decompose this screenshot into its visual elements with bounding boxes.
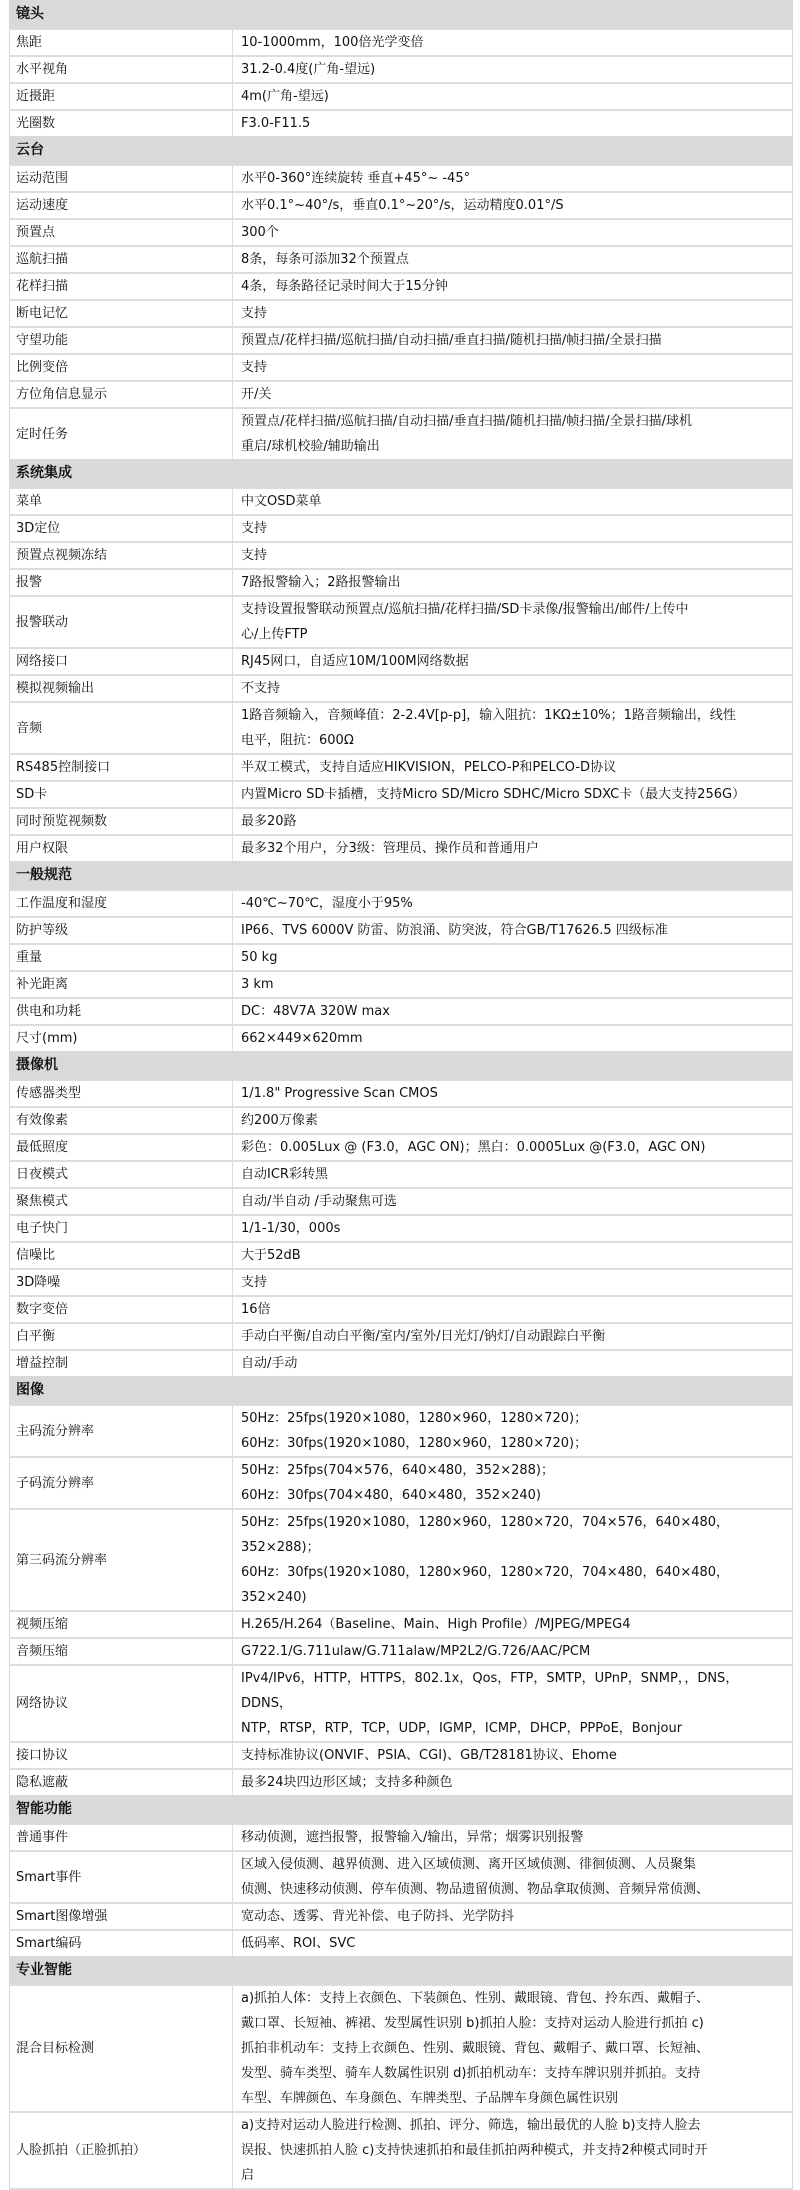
spec-label: 白平衡: [10, 1323, 233, 1350]
table-row: 3D定位 支持: [10, 515, 793, 542]
spec-label: 定时任务: [10, 408, 233, 459]
spec-value: 宽动态、透雾、背光补偿、电子防抖、光学防抖: [233, 1903, 793, 1930]
spec-value: 31.2-0.4度(广角-望远): [233, 56, 793, 83]
spec-value-line: 最多32个用户，分3级：管理员、操作员和普通用户: [241, 836, 788, 861]
spec-label: 比例变倍: [10, 354, 233, 381]
spec-value: 移动侦测，遮挡报警，报警输入/输出，异常；烟雾识别报警: [233, 1824, 793, 1851]
spec-label: 运动范围: [10, 165, 233, 192]
spec-label: 音频: [10, 702, 233, 754]
spec-value: 自动ICR彩转黑: [233, 1161, 793, 1188]
spec-value: 50 kg: [233, 944, 793, 971]
spec-value: 最多24块四边形区域；支持多种颜色: [233, 1769, 793, 1795]
table-row: 电子快门 1/1-1/30，000s: [10, 1215, 793, 1242]
table-row: 网络协议 IPv4/IPv6，HTTP，HTTPS，802.1x，Qos，FTP…: [10, 1665, 793, 1742]
spec-value-line: 水平0-360°连续旋转 垂直+45°~ -45°: [241, 166, 788, 191]
spec-value: 不支持: [233, 675, 793, 702]
table-row: 运动范围 水平0-360°连续旋转 垂直+45°~ -45°: [10, 165, 793, 192]
spec-value: 中文OSD菜单: [233, 488, 793, 515]
table-row: 音频 1路音频输入，音频峰值：2-2.4V[p-p]，输入阻抗：1KΩ±10%；…: [10, 702, 793, 754]
spec-value-line: 支持: [241, 301, 788, 326]
spec-value-line: 区域入侵侦测、越界侦测、进入区域侦测、离开区域侦测、徘徊侦测、人员聚集: [241, 1852, 788, 1877]
spec-label: 焦距: [10, 29, 233, 56]
table-row: 信噪比 大于52dB: [10, 1242, 793, 1269]
spec-value-line: 16倍: [241, 1297, 788, 1322]
spec-label: 预置点: [10, 219, 233, 246]
spec-value: -40℃~70℃，湿度小于95%: [233, 890, 793, 917]
spec-value-line: 60Hz：30fps(1920×1080，1280×960，1280×720，7…: [241, 1560, 788, 1610]
spec-label: 第三码流分辨率: [10, 1509, 233, 1611]
spec-value-line: RJ45网口，自适应10M/100M网络数据: [241, 649, 788, 674]
spec-value-line: 支持: [241, 516, 788, 541]
table-row: 第三码流分辨率 50Hz：25fps(1920×1080，1280×960，12…: [10, 1509, 793, 1611]
spec-value-line: 支持: [241, 543, 788, 568]
spec-value-line: 重启/球机校验/辅助输出: [241, 434, 788, 459]
table-row: 用户权限 最多32个用户，分3级：管理员、操作员和普通用户: [10, 835, 793, 861]
spec-table-body: 镜头 焦距 10-1000mm，100倍光学变倍 水平视角 31.2-0.4度(…: [10, 0, 793, 1981]
table-row: 预置点 300个: [10, 219, 793, 246]
section-header: 镜头: [10, 0, 793, 29]
table-row: 增益控制 自动/手动: [10, 1350, 793, 1376]
spec-value: 50Hz：25fps(1920×1080，1280×960，1280×720，7…: [233, 1509, 793, 1611]
spec-value: 7路报警输入；2路报警输出: [233, 569, 793, 596]
spec-label: 日夜模式: [10, 1161, 233, 1188]
spec-value-line: 1路音频输入，音频峰值：2-2.4V[p-p]，输入阻抗：1KΩ±10%；1路音…: [241, 703, 788, 728]
spec-label: 报警联动: [10, 596, 233, 648]
spec-value-line: 支持标准协议(ONVIF、PSIA、CGI)、GB/T28181协议、Ehome: [241, 1743, 788, 1768]
spec-value: G722.1/G.711ulaw/G.711alaw/MP2L2/G.726/A…: [233, 1638, 793, 1665]
spec-value: 1/1-1/30，000s: [233, 1215, 793, 1242]
spec-value: DC：48V7A 320W max: [233, 998, 793, 1025]
spec-label: 接口协议: [10, 1742, 233, 1769]
spec-value-line: IP66、TVS 6000V 防雷、防浪涌、防突波，符合GB/T17626.5 …: [241, 918, 788, 943]
section-header: 系统集成: [10, 459, 793, 488]
spec-value: 1/1.8" Progressive Scan CMOS: [233, 1080, 793, 1107]
spec-label: 方位角信息显示: [10, 381, 233, 408]
spec-value-line: 支持: [241, 355, 788, 380]
spec-label: 有效像素: [10, 1107, 233, 1134]
spec-label: SD卡: [10, 781, 233, 808]
section-title: 云台: [10, 136, 793, 165]
spec-label: 模拟视频输出: [10, 675, 233, 702]
table-row: 传感器类型 1/1.8" Progressive Scan CMOS: [10, 1080, 793, 1107]
spec-value: 662×449×620mm: [233, 1025, 793, 1051]
spec-value: 支持: [233, 542, 793, 569]
spec-label: 子码流分辨率: [10, 1457, 233, 1509]
table-row: 预置点视频冻结 支持: [10, 542, 793, 569]
spec-label: 增益控制: [10, 1350, 233, 1376]
table-row: 比例变倍 支持: [10, 354, 793, 381]
table-row: 运动速度 水平0.1°~40°/s，垂直0.1°~20°/s，运动精度0.01°…: [10, 192, 793, 219]
table-row: 重量 50 kg: [10, 944, 793, 971]
spec-value-line: 彩色：0.005Lux @ (F3.0，AGC ON)；黑白：0.0005Lux…: [241, 1135, 788, 1160]
table-row: SD卡 内置Micro SD卡插槽，支持Micro SD/Micro SDHC/…: [10, 781, 793, 808]
table-row: Smart事件 区域入侵侦测、越界侦测、进入区域侦测、离开区域侦测、徘徊侦测、人…: [10, 1851, 793, 1903]
table-row: 报警 7路报警输入；2路报警输出: [10, 569, 793, 596]
spec-value: F3.0-F11.5: [233, 110, 793, 136]
table-row: 视频压缩 H.265/H.264（Baseline、Main、High Prof…: [10, 1611, 793, 1638]
spec-label: Smart编码: [10, 1930, 233, 1956]
table-row: 光圈数 F3.0-F11.5: [10, 110, 793, 136]
spec-value: 最多32个用户，分3级：管理员、操作员和普通用户: [233, 835, 793, 861]
spec-label: RS485控制接口: [10, 754, 233, 781]
table-row: 模拟视频输出 不支持: [10, 675, 793, 702]
spec-value: 50Hz：25fps(704×576，640×480，352×288)；60Hz…: [233, 1457, 793, 1509]
spec-value-line: 宽动态、透雾、背光补偿、电子防抖、光学防抖: [241, 1904, 788, 1929]
spec-label: 巡航扫描: [10, 246, 233, 273]
spec-value: 开/关: [233, 381, 793, 408]
table-row: 网络接口 RJ45网口，自适应10M/100M网络数据: [10, 648, 793, 675]
spec-value-line: 水平0.1°~40°/s，垂直0.1°~20°/s，运动精度0.01°/S: [241, 193, 788, 218]
spec-label: 视频压缩: [10, 1611, 233, 1638]
spec-value-line: 50Hz：25fps(1920×1080，1280×960，1280×720)；: [241, 1406, 788, 1431]
spec-label: 花样扫描: [10, 273, 233, 300]
section-header: 图像: [10, 1376, 793, 1405]
spec-value-line: 中文OSD菜单: [241, 489, 788, 514]
spec-value-line: 1/1-1/30，000s: [241, 1216, 788, 1241]
spec-label: 聚焦模式: [10, 1188, 233, 1215]
spec-label: 电子快门: [10, 1215, 233, 1242]
table-row: 同时预览视频数 最多20路: [10, 808, 793, 835]
spec-label: 3D降噪: [10, 1269, 233, 1296]
spec-label: 近摄距: [10, 83, 233, 110]
spec-label: 主码流分辨率: [10, 1405, 233, 1457]
table-row: 方位角信息显示 开/关: [10, 381, 793, 408]
spec-label: 尺寸(mm): [10, 1025, 233, 1051]
section-title: 系统集成: [10, 459, 793, 488]
spec-value-line: 内置Micro SD卡插槽，支持Micro SD/Micro SDHC/Micr…: [241, 782, 788, 807]
spec-value-line: -40℃~70℃，湿度小于95%: [241, 891, 788, 916]
section-title: 镜头: [10, 0, 793, 29]
spec-label: 普通事件: [10, 1824, 233, 1851]
spec-value: 8条，每条可添加32个预置点: [233, 246, 793, 273]
spec-value-line: 支持设置报警联动预置点/巡航扫描/花样扫描/SD卡录像/报警输出/邮件/上传中: [241, 597, 788, 622]
spec-label: 防护等级: [10, 917, 233, 944]
spec-value: 自动/手动: [233, 1350, 793, 1376]
spec-value: 10-1000mm，100倍光学变倍: [233, 29, 793, 56]
spec-label: 网络接口: [10, 648, 233, 675]
spec-value-line: 不支持: [241, 676, 788, 701]
table-row: 定时任务 预置点/花样扫描/巡航扫描/自动扫描/垂直扫描/随机扫描/帧扫描/全景…: [10, 408, 793, 459]
spec-value-line: 预置点/花样扫描/巡航扫描/自动扫描/垂直扫描/随机扫描/帧扫描/全景扫描/球机: [241, 409, 788, 434]
table-row: 补光距离 3 km: [10, 971, 793, 998]
spec-value: 区域入侵侦测、越界侦测、进入区域侦测、离开区域侦测、徘徊侦测、人员聚集侦测、快速…: [233, 1851, 793, 1903]
spec-value-line: 半双工模式，支持自适应HIKVISION，PELCO-P和PELCO-D协议: [241, 755, 788, 780]
spec-value: H.265/H.264（Baseline、Main、High Profile）/…: [233, 1611, 793, 1638]
spec-label: 同时预览视频数: [10, 808, 233, 835]
spec-value: 3 km: [233, 971, 793, 998]
table-row: 近摄距 4m(广角-望远): [10, 83, 793, 110]
spec-value-line: 最多24块四边形区域；支持多种颜色: [241, 1770, 788, 1795]
spec-value: 手动白平衡/自动白平衡/室内/室外/日光灯/钠灯/自动跟踪白平衡: [233, 1323, 793, 1350]
spec-value: 4m(广角-望远): [233, 83, 793, 110]
table-row: 接口协议 支持标准协议(ONVIF、PSIA、CGI)、GB/T28181协议、…: [10, 1742, 793, 1769]
spec-value-line: IPv4/IPv6，HTTP，HTTPS，802.1x，Qos，FTP，SMTP…: [241, 1666, 788, 1716]
spec-value: 半双工模式，支持自适应HIKVISION，PELCO-P和PELCO-D协议: [233, 754, 793, 781]
table-row: 最低照度 彩色：0.005Lux @ (F3.0，AGC ON)；黑白：0.00…: [10, 1134, 793, 1161]
spec-value-line: 低码率、ROI、SVC: [241, 1931, 788, 1956]
table-row: 水平视角 31.2-0.4度(广角-望远): [10, 56, 793, 83]
spec-value: 支持设置报警联动预置点/巡航扫描/花样扫描/SD卡录像/报警输出/邮件/上传中心…: [233, 596, 793, 648]
spec-label: 预置点视频冻结: [10, 542, 233, 569]
spec-value-line: NTP，RTSP，RTP，TCP，UDP，IGMP，ICMP，DHCP，PPPo…: [241, 1716, 788, 1741]
table-row: 日夜模式 自动ICR彩转黑: [10, 1161, 793, 1188]
table-row: 音频压缩 G722.1/G.711ulaw/G.711alaw/MP2L2/G.…: [10, 1638, 793, 1665]
spec-label: 数字变倍: [10, 1296, 233, 1323]
spec-value-line: 31.2-0.4度(广角-望远): [241, 57, 788, 82]
spec-label: 最低照度: [10, 1134, 233, 1161]
spec-value-line: 自动/半自动 /手动聚焦可选: [241, 1189, 788, 1214]
table-row: Smart编码 低码率、ROI、SVC: [10, 1930, 793, 1956]
spec-value: 最多20路: [233, 808, 793, 835]
spec-value: 水平0.1°~40°/s，垂直0.1°~20°/s，运动精度0.01°/S: [233, 192, 793, 219]
spec-table: 镜头 焦距 10-1000mm，100倍光学变倍 水平视角 31.2-0.4度(…: [9, 0, 793, 1981]
table-row: 防护等级 IP66、TVS 6000V 防雷、防浪涌、防突波，符合GB/T176…: [10, 917, 793, 944]
spec-value-line: 心/上传FTP: [241, 622, 788, 647]
table-row: Smart图像增强 宽动态、透雾、背光补偿、电子防抖、光学防抖: [10, 1903, 793, 1930]
spec-label: 报警: [10, 569, 233, 596]
spec-value-line: 自动/手动: [241, 1351, 788, 1376]
spec-value: IPv4/IPv6，HTTP，HTTPS，802.1x，Qos，FTP，SMTP…: [233, 1665, 793, 1742]
spec-value: 支持: [233, 300, 793, 327]
spec-value-line: 电平，阻抗：600Ω: [241, 728, 788, 753]
spec-value-line: 支持: [241, 1270, 788, 1295]
table-row: 花样扫描 4条，每条路径记录时间大于15分钟: [10, 273, 793, 300]
table-row: 菜单 中文OSD菜单: [10, 488, 793, 515]
spec-value-line: 662×449×620mm: [241, 1026, 788, 1051]
spec-label: 隐私遮蔽: [10, 1769, 233, 1795]
table-row: 子码流分辨率 50Hz：25fps(704×576，640×480，352×28…: [10, 1457, 793, 1509]
table-row: 巡航扫描 8条，每条可添加32个预置点: [10, 246, 793, 273]
spec-value-line: 大于52dB: [241, 1243, 788, 1268]
spec-label: 菜单: [10, 488, 233, 515]
spec-label: 光圈数: [10, 110, 233, 136]
spec-value-line: 移动侦测，遮挡报警，报警输入/输出，异常；烟雾识别报警: [241, 1825, 788, 1850]
spec-value-line: 3 km: [241, 972, 788, 997]
spec-label: 供电和功耗: [10, 998, 233, 1025]
spec-value-line: H.265/H.264（Baseline、Main、High Profile）/…: [241, 1612, 788, 1637]
spec-value: IP66、TVS 6000V 防雷、防浪涌、防突波，符合GB/T17626.5 …: [233, 917, 793, 944]
spec-value: 支持: [233, 354, 793, 381]
table-row: 供电和功耗 DC：48V7A 320W max: [10, 998, 793, 1025]
spec-value: 支持标准协议(ONVIF、PSIA、CGI)、GB/T28181协议、Ehome: [233, 1742, 793, 1769]
spec-value-line: 4m(广角-望远): [241, 84, 788, 109]
spec-label: 信噪比: [10, 1242, 233, 1269]
spec-value-line: 手动白平衡/自动白平衡/室内/室外/日光灯/钠灯/自动跟踪白平衡: [241, 1324, 788, 1349]
spec-value: 50Hz：25fps(1920×1080，1280×960，1280×720)；…: [233, 1405, 793, 1457]
table-row: 白平衡 手动白平衡/自动白平衡/室内/室外/日光灯/钠灯/自动跟踪白平衡: [10, 1323, 793, 1350]
spec-value-line: 10-1000mm，100倍光学变倍: [241, 30, 788, 55]
spec-value-line: 60Hz：30fps(1920×1080，1280×960，1280×720)；: [241, 1431, 788, 1456]
spec-value: 4条，每条路径记录时间大于15分钟: [233, 273, 793, 300]
spec-value-line: DC：48V7A 320W max: [241, 999, 788, 1024]
table-row: 焦距 10-1000mm，100倍光学变倍: [10, 29, 793, 56]
spec-label: 补光距离: [10, 971, 233, 998]
spec-label: 3D定位: [10, 515, 233, 542]
table-row: 数字变倍 16倍: [10, 1296, 793, 1323]
spec-value: RJ45网口，自适应10M/100M网络数据: [233, 648, 793, 675]
spec-value-line: 60Hz：30fps(704×480，640×480，352×240): [241, 1483, 788, 1508]
spec-value: 300个: [233, 219, 793, 246]
spec-value: 预置点/花样扫描/巡航扫描/自动扫描/垂直扫描/随机扫描/帧扫描/全景扫描: [233, 327, 793, 354]
spec-value: 自动/半自动 /手动聚焦可选: [233, 1188, 793, 1215]
section-title: 一般规范: [10, 861, 793, 890]
section-header: 智能功能: [10, 1795, 793, 1824]
spec-value-line: G722.1/G.711ulaw/G.711alaw/MP2L2/G.726/A…: [241, 1639, 788, 1664]
spec-value-line: 侦测、快速移动侦测、停车侦测、物品遗留侦测、物品拿取侦测、音频异常侦测、: [241, 1877, 788, 1902]
section-header: 摄像机: [10, 1051, 793, 1080]
section-title: 图像: [10, 1376, 793, 1405]
spec-label: 传感器类型: [10, 1080, 233, 1107]
section-header: 一般规范: [10, 861, 793, 890]
table-row: 普通事件 移动侦测，遮挡报警，报警输入/输出，异常；烟雾识别报警: [10, 1824, 793, 1851]
spec-value: 低码率、ROI、SVC: [233, 1930, 793, 1956]
section-title: 智能功能: [10, 1795, 793, 1824]
table-row: 守望功能 预置点/花样扫描/巡航扫描/自动扫描/垂直扫描/随机扫描/帧扫描/全景…: [10, 327, 793, 354]
spec-value-line: 最多20路: [241, 809, 788, 834]
spec-value-line: 50Hz：25fps(704×576，640×480，352×288)；: [241, 1458, 788, 1483]
spec-value-line: 开/关: [241, 382, 788, 407]
spec-value-line: F3.0-F11.5: [241, 111, 788, 136]
section-header: 专业智能: [10, 1956, 793, 1981]
spec-value-line: 50Hz：25fps(1920×1080，1280×960，1280×720，7…: [241, 1510, 788, 1560]
section-header: 云台: [10, 136, 793, 165]
table-row: 主码流分辨率 50Hz：25fps(1920×1080，1280×960，128…: [10, 1405, 793, 1457]
spec-value: 预置点/花样扫描/巡航扫描/自动扫描/垂直扫描/随机扫描/帧扫描/全景扫描/球机…: [233, 408, 793, 459]
spec-value: 大于52dB: [233, 1242, 793, 1269]
spec-value-line: 50 kg: [241, 945, 788, 970]
section-title: 摄像机: [10, 1051, 793, 1080]
spec-value-line: 7路报警输入；2路报警输出: [241, 570, 788, 595]
table-row: 尺寸(mm) 662×449×620mm: [10, 1025, 793, 1051]
table-row: 聚焦模式 自动/半自动 /手动聚焦可选: [10, 1188, 793, 1215]
spec-label: 重量: [10, 944, 233, 971]
spec-label: 工作温度和湿度: [10, 890, 233, 917]
spec-value-line: 预置点/花样扫描/巡航扫描/自动扫描/垂直扫描/随机扫描/帧扫描/全景扫描: [241, 328, 788, 353]
spec-label: Smart事件: [10, 1851, 233, 1903]
spec-label: Smart图像增强: [10, 1903, 233, 1930]
spec-label: 音频压缩: [10, 1638, 233, 1665]
spec-value: 支持: [233, 1269, 793, 1296]
spec-value: 约200万像素: [233, 1107, 793, 1134]
table-row: 有效像素 约200万像素: [10, 1107, 793, 1134]
table-row: 工作温度和湿度 -40℃~70℃，湿度小于95%: [10, 890, 793, 917]
spec-label: 断电记忆: [10, 300, 233, 327]
spec-label: 守望功能: [10, 327, 233, 354]
spec-label: 网络协议: [10, 1665, 233, 1742]
table-row: 报警联动 支持设置报警联动预置点/巡航扫描/花样扫描/SD卡录像/报警输出/邮件…: [10, 596, 793, 648]
spec-value-line: 300个: [241, 220, 788, 245]
spec-label: 水平视角: [10, 56, 233, 83]
spec-value-line: 自动ICR彩转黑: [241, 1162, 788, 1187]
spec-value: 16倍: [233, 1296, 793, 1323]
table-row: 断电记忆 支持: [10, 300, 793, 327]
spec-value: 支持: [233, 515, 793, 542]
spec-value: 水平0-360°连续旋转 垂直+45°~ -45°: [233, 165, 793, 192]
spec-value-line: 8条，每条可添加32个预置点: [241, 247, 788, 272]
table-row: RS485控制接口 半双工模式，支持自适应HIKVISION，PELCO-P和P…: [10, 754, 793, 781]
spec-label: 用户权限: [10, 835, 233, 861]
section-title: 专业智能: [10, 1956, 793, 1981]
spec-value: 彩色：0.005Lux @ (F3.0，AGC ON)；黑白：0.0005Lux…: [233, 1134, 793, 1161]
table-row: 3D降噪 支持: [10, 1269, 793, 1296]
spec-value-line: 1/1.8" Progressive Scan CMOS: [241, 1081, 788, 1106]
spec-label: 运动速度: [10, 192, 233, 219]
spec-value-line: 约200万像素: [241, 1108, 788, 1133]
spec-value: 内置Micro SD卡插槽，支持Micro SD/Micro SDHC/Micr…: [233, 781, 793, 808]
spec-value: 1路音频输入，音频峰值：2-2.4V[p-p]，输入阻抗：1KΩ±10%；1路音…: [233, 702, 793, 754]
table-row: 隐私遮蔽 最多24块四边形区域；支持多种颜色: [10, 1769, 793, 1795]
spec-value-line: 4条，每条路径记录时间大于15分钟: [241, 274, 788, 299]
